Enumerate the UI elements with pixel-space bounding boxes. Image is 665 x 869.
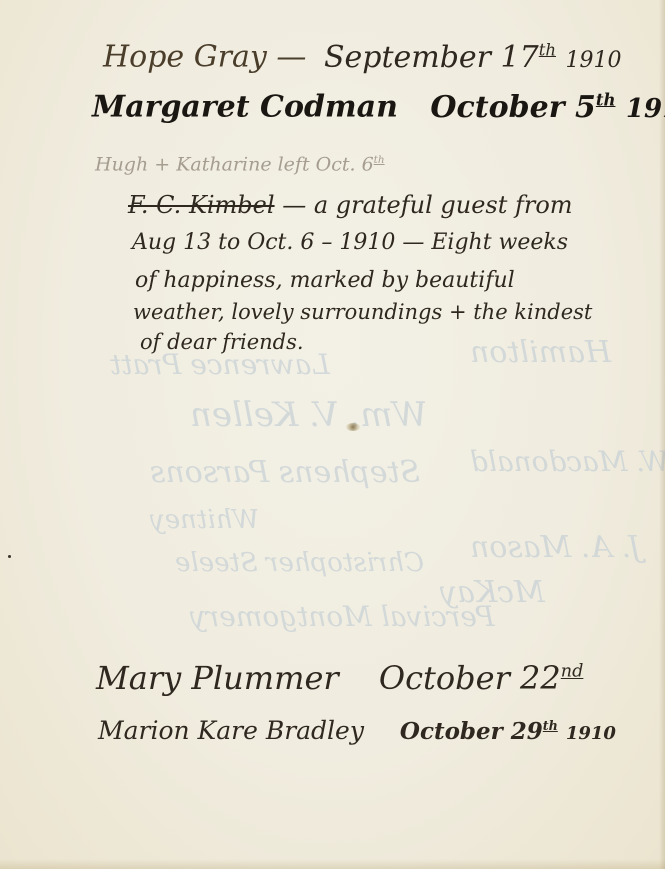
page-edge-shadow — [0, 859, 665, 869]
guestbook-page: Hamilton Lawrence Pratt Wm. V. Kellen St… — [0, 0, 665, 869]
message-line: weather, lovely surroundings + the kinde… — [133, 302, 592, 323]
bleed-through-signature: Wm. V. Kellen — [190, 395, 427, 435]
guest-entry: Hope Gray — September 17th 1910 — [103, 42, 622, 73]
guest-name: Marion Kare Bradley — [98, 716, 364, 745]
bleed-through-signature: Whitney — [150, 505, 259, 535]
message-line: — a grateful guest from — [282, 191, 572, 219]
visit-date: October 29th 1910 — [400, 718, 616, 745]
guest-name: Hope Gray — [103, 40, 267, 75]
message-line: Aug 13 to Oct. 6 – 1910 — Eight weeks — [132, 232, 568, 254]
bleed-through-signature: Hamilton — [470, 335, 611, 370]
guest-name: Margaret Codman — [92, 90, 398, 125]
bleed-through-signature: W. Macdonald — [470, 445, 665, 478]
guest-entry: Marion Kare Bradley October 29th 1910 — [98, 718, 616, 743]
separator: — — [276, 40, 306, 75]
visit-date: October 22nd — [379, 659, 583, 697]
guest-name: F. C. Kimbel — [128, 191, 275, 219]
paper-stain — [346, 423, 360, 431]
bleed-through-signature: Percival Montgomery — [190, 600, 494, 633]
message-line: of dear friends. — [140, 332, 304, 353]
visit-date: October 5th 1910 — [430, 90, 665, 125]
bleed-through-signature: Stephens Parsons — [150, 455, 420, 490]
bleed-through-signature: J. A. Mason — [470, 530, 641, 565]
page-edge-shadow — [659, 0, 665, 869]
guest-entry: Mary Plummer October 22nd — [96, 662, 583, 694]
message-line: of happiness, marked by beautiful — [135, 270, 515, 292]
visit-date: September 17th 1910 — [324, 40, 622, 75]
guest-name: Mary Plummer — [96, 659, 339, 697]
guest-entry: Margaret Codman October 5th 1910 — [92, 92, 665, 123]
guest-message: F. C. Kimbel — a grateful guest from — [128, 193, 573, 217]
ink-dot — [8, 555, 11, 558]
departure-note: Hugh + Katharine left Oct. 6th — [95, 155, 385, 174]
bleed-through-signature: Christopher Steele — [175, 548, 424, 578]
